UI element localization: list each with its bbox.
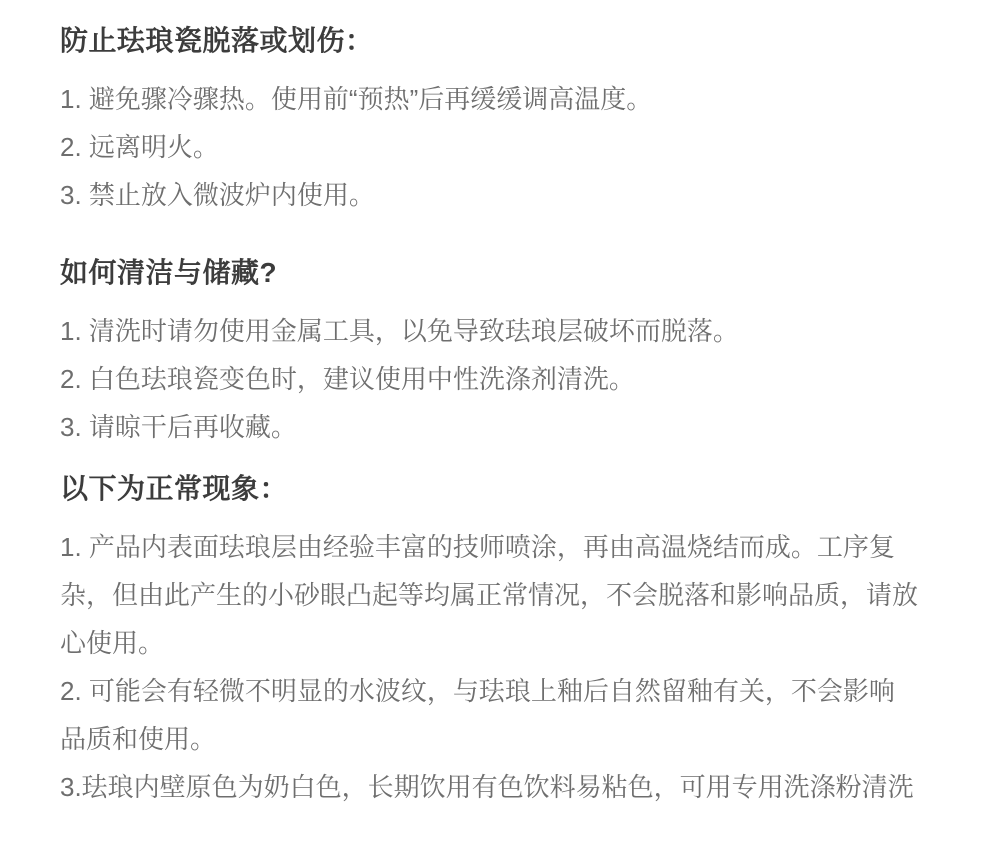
section-clean-store: 如何清洁与储藏? 1. 清洗时请勿使用金属工具，以免导致珐琅层破坏而脱落。 2.… (60, 253, 932, 451)
normal-phenomena-item-3: 3.珐琅内壁原色为奶白色，长期饮用有色饮料易粘色，可用专用洗涤粉清洗 (60, 763, 918, 811)
normal-phenomena-item-1: 1. 产品内表面珐琅层由经验丰富的技师喷涂，再由高温烧结而成。工序复杂，但由此产… (60, 523, 918, 667)
normal-phenomena-heading: 以下为正常现象： (60, 469, 932, 509)
normal-phenomena-item-2: 2. 可能会有轻微不明显的水波纹，与珐琅上釉后自然留釉有关，不会影响品质和使用。 (60, 667, 918, 763)
section-normal-phenomena: 以下为正常现象： 1. 产品内表面珐琅层由经验丰富的技师喷涂，再由高温烧结而成。… (60, 469, 932, 811)
prevent-damage-item-2: 2. 远离明火。 (60, 123, 918, 171)
prevent-damage-heading: 防止珐琅瓷脱落或划伤： (60, 21, 932, 61)
prevent-damage-item-3: 3. 禁止放入微波炉内使用。 (60, 171, 918, 219)
clean-store-item-2: 2. 白色珐琅瓷变色时，建议使用中性洗涤剂清洗。 (60, 355, 918, 403)
prevent-damage-item-1: 1. 避免骤冷骤热。使用前“预热”后再缓缓调高温度。 (60, 75, 918, 123)
clean-store-item-3: 3. 请晾干后再收藏。 (60, 403, 918, 451)
section-prevent-damage: 防止珐琅瓷脱落或划伤： 1. 避免骤冷骤热。使用前“预热”后再缓缓调高温度。 2… (60, 21, 932, 219)
clean-store-heading: 如何清洁与储藏? (60, 253, 932, 293)
clean-store-item-1: 1. 清洗时请勿使用金属工具，以免导致珐琅层破坏而脱落。 (60, 307, 918, 355)
enamel-care-instructions-page: 防止珐琅瓷脱落或划伤： 1. 避免骤冷骤热。使用前“预热”后再缓缓调高温度。 2… (0, 0, 990, 811)
